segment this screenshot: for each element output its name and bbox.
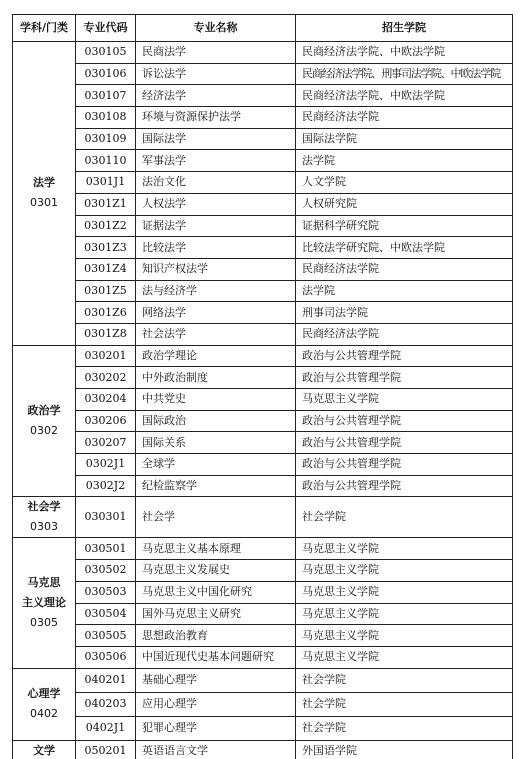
table-row: 0301Z4 知识产权法学 民商经济法学院 (13, 258, 513, 280)
major-name: 犯罪心理学 (136, 716, 296, 740)
college: 证据科学研究院 (296, 215, 513, 237)
category-cell-marxism: 马克思 主义理论 0305 (13, 538, 76, 668)
college: 政治与公共管理学院 (296, 345, 513, 367)
table-row: 0301Z6 网络法学 刑事司法学院 (13, 302, 513, 324)
table-row: 030502 马克思主义发展史 马克思主义学院 (13, 560, 513, 582)
college: 外国语学院 (296, 740, 513, 759)
table-row: 030505 思想政治教育 马克思主义学院 (13, 625, 513, 647)
major-name: 法治文化 (136, 172, 296, 194)
college: 民商经济法学院 (296, 323, 513, 345)
category-name: 社会学 (19, 497, 69, 517)
category-cell-sociology: 社会学 0303 (13, 497, 76, 538)
major-code: 030506 (76, 646, 136, 668)
major-name: 网络法学 (136, 302, 296, 324)
table-row: 040203 应用心理学 社会学院 (13, 692, 513, 716)
table-row: 0301Z8 社会法学 民商经济法学院 (13, 323, 513, 345)
major-code: 0302J1 (76, 454, 136, 476)
header-code: 专业代码 (76, 15, 136, 42)
college: 政治与公共管理学院 (296, 475, 513, 497)
table-row: 030503 马克思主义中国化研究 马克思主义学院 (13, 581, 513, 603)
table-row: 030504 国外马克思主义研究 马克思主义学院 (13, 603, 513, 625)
category-code: 0305 (19, 613, 69, 633)
major-name: 人权法学 (136, 193, 296, 215)
major-code: 040203 (76, 692, 136, 716)
college: 社会学院 (296, 716, 513, 740)
major-code: 030301 (76, 497, 136, 538)
college: 民商经济法学院、刑事司法学院、中欧法学院 (296, 63, 513, 85)
major-code: 030105 (76, 42, 136, 64)
table-row: 0402J1 犯罪心理学 社会学院 (13, 716, 513, 740)
college: 民商经济法学院 (296, 107, 513, 129)
table-row: 0302J1 全球学 政治与公共管理学院 (13, 454, 513, 476)
major-code: 0301Z2 (76, 215, 136, 237)
major-name: 军事法学 (136, 150, 296, 172)
college: 马克思主义学院 (296, 603, 513, 625)
major-name: 纪检监察学 (136, 475, 296, 497)
major-name: 马克思主义中国化研究 (136, 581, 296, 603)
major-code: 0301Z4 (76, 258, 136, 280)
college: 政治与公共管理学院 (296, 454, 513, 476)
header-category: 学科/门类 (13, 15, 76, 42)
major-code: 030204 (76, 389, 136, 411)
table-row: 030108 环境与资源保护法学 民商经济法学院 (13, 107, 513, 129)
major-code: 0301Z8 (76, 323, 136, 345)
category-code: 0302 (19, 421, 69, 441)
major-code: 0301Z3 (76, 237, 136, 259)
college: 马克思主义学院 (296, 560, 513, 582)
college: 政治与公共管理学院 (296, 410, 513, 432)
major-name: 环境与资源保护法学 (136, 107, 296, 129)
major-code: 0302J2 (76, 475, 136, 497)
major-name: 马克思主义基本原理 (136, 538, 296, 560)
major-name: 证据法学 (136, 215, 296, 237)
major-name: 法与经济学 (136, 280, 296, 302)
major-name: 应用心理学 (136, 692, 296, 716)
college: 政治与公共管理学院 (296, 432, 513, 454)
college: 政治与公共管理学院 (296, 367, 513, 389)
table-row: 0301Z5 法与经济学 法学院 (13, 280, 513, 302)
major-name: 诉讼法学 (136, 63, 296, 85)
table-row: 0302J2 纪检监察学 政治与公共管理学院 (13, 475, 513, 497)
table-row: 0301J1 法治文化 人文学院 (13, 172, 513, 194)
category-code: 0301 (19, 193, 69, 213)
major-name: 国际政治 (136, 410, 296, 432)
major-code: 030106 (76, 63, 136, 85)
major-code: 030109 (76, 128, 136, 150)
table-row: 0301Z2 证据法学 证据科学研究院 (13, 215, 513, 237)
majors-table: 学科/门类 专业代码 专业名称 招生学院 法学 0301 030105 民商法学… (12, 14, 513, 759)
major-code: 030201 (76, 345, 136, 367)
college: 马克思主义学院 (296, 646, 513, 668)
major-name: 马克思主义发展史 (136, 560, 296, 582)
college: 法学院 (296, 150, 513, 172)
category-name: 政治学 (19, 401, 69, 421)
table-row: 030106 诉讼法学 民商经济法学院、刑事司法学院、中欧法学院 (13, 63, 513, 85)
major-name: 全球学 (136, 454, 296, 476)
major-code: 030502 (76, 560, 136, 582)
major-name: 民商法学 (136, 42, 296, 64)
table-row: 030107 经济法学 民商经济法学院、中欧法学院 (13, 85, 513, 107)
major-name: 经济法学 (136, 85, 296, 107)
college: 刑事司法学院 (296, 302, 513, 324)
table-row: 030202 中外政治制度 政治与公共管理学院 (13, 367, 513, 389)
major-code: 030207 (76, 432, 136, 454)
category-name: 法学 (19, 173, 69, 193)
college: 比较法学研究院、中欧法学院 (296, 237, 513, 259)
table-row: 政治学 0302 030201 政治学理论 政治与公共管理学院 (13, 345, 513, 367)
category-name-line1: 马克思 (19, 573, 69, 593)
major-name: 知识产权法学 (136, 258, 296, 280)
table-row: 0301Z1 人权法学 人权研究院 (13, 193, 513, 215)
category-cell-law: 法学 0301 (13, 42, 76, 346)
college: 民商经济法学院、中欧法学院 (296, 85, 513, 107)
major-code: 030505 (76, 625, 136, 647)
college: 社会学院 (296, 497, 513, 538)
major-name: 国外马克思主义研究 (136, 603, 296, 625)
college: 民商经济法学院、中欧法学院 (296, 42, 513, 64)
table-row: 心理学 0402 040201 基础心理学 社会学院 (13, 668, 513, 692)
major-name: 中外政治制度 (136, 367, 296, 389)
major-code: 030504 (76, 603, 136, 625)
major-code: 0301Z1 (76, 193, 136, 215)
header-college: 招生学院 (296, 15, 513, 42)
major-code: 030206 (76, 410, 136, 432)
category-cell-politics: 政治学 0302 (13, 345, 76, 497)
major-name: 社会学 (136, 497, 296, 538)
category-name: 文学 (19, 741, 69, 759)
major-name: 政治学理论 (136, 345, 296, 367)
major-code: 030503 (76, 581, 136, 603)
college: 社会学院 (296, 668, 513, 692)
category-cell-literature: 文学 (13, 740, 76, 759)
major-code: 030107 (76, 85, 136, 107)
major-name: 思想政治教育 (136, 625, 296, 647)
college: 国际法学院 (296, 128, 513, 150)
header-row: 学科/门类 专业代码 专业名称 招生学院 (13, 15, 513, 42)
major-code: 030110 (76, 150, 136, 172)
table-row: 法学 0301 030105 民商法学 民商经济法学院、中欧法学院 (13, 42, 513, 64)
major-code: 030501 (76, 538, 136, 560)
category-name-line2: 主义理论 (19, 593, 69, 613)
table-row: 030109 国际法学 国际法学院 (13, 128, 513, 150)
major-code: 0301J1 (76, 172, 136, 194)
college: 法学院 (296, 280, 513, 302)
major-code: 040201 (76, 668, 136, 692)
table-row: 030207 国际关系 政治与公共管理学院 (13, 432, 513, 454)
major-code: 050201 (76, 740, 136, 759)
college: 马克思主义学院 (296, 538, 513, 560)
major-name: 基础心理学 (136, 668, 296, 692)
header-name: 专业名称 (136, 15, 296, 42)
major-name: 国际法学 (136, 128, 296, 150)
table-row: 马克思 主义理论 0305 030501 马克思主义基本原理 马克思主义学院 (13, 538, 513, 560)
table-row: 030204 中共党史 马克思主义学院 (13, 389, 513, 411)
category-code: 0402 (19, 704, 69, 724)
college: 人文学院 (296, 172, 513, 194)
table-body: 法学 0301 030105 民商法学 民商经济法学院、中欧法学院 030106… (13, 42, 513, 759)
major-name: 中共党史 (136, 389, 296, 411)
major-code: 0301Z6 (76, 302, 136, 324)
major-code: 030202 (76, 367, 136, 389)
category-name: 心理学 (19, 684, 69, 704)
major-code: 030108 (76, 107, 136, 129)
category-cell-psychology: 心理学 0402 (13, 668, 76, 740)
college: 马克思主义学院 (296, 389, 513, 411)
major-name: 社会法学 (136, 323, 296, 345)
major-name: 英语语言文学 (136, 740, 296, 759)
college: 马克思主义学院 (296, 581, 513, 603)
table-row: 030206 国际政治 政治与公共管理学院 (13, 410, 513, 432)
table-row: 030110 军事法学 法学院 (13, 150, 513, 172)
college: 人权研究院 (296, 193, 513, 215)
major-name: 中国近现代史基本问题研究 (136, 646, 296, 668)
table-row: 社会学 0303 030301 社会学 社会学院 (13, 497, 513, 538)
table-row: 0301Z3 比较法学 比较法学研究院、中欧法学院 (13, 237, 513, 259)
major-name: 比较法学 (136, 237, 296, 259)
college: 社会学院 (296, 692, 513, 716)
major-name: 国际关系 (136, 432, 296, 454)
table-row: 030506 中国近现代史基本问题研究 马克思主义学院 (13, 646, 513, 668)
college: 马克思主义学院 (296, 625, 513, 647)
college: 民商经济法学院 (296, 258, 513, 280)
table-row: 文学 050201 英语语言文学 外国语学院 (13, 740, 513, 759)
major-code: 0402J1 (76, 716, 136, 740)
category-code: 0303 (19, 517, 69, 537)
major-code: 0301Z5 (76, 280, 136, 302)
